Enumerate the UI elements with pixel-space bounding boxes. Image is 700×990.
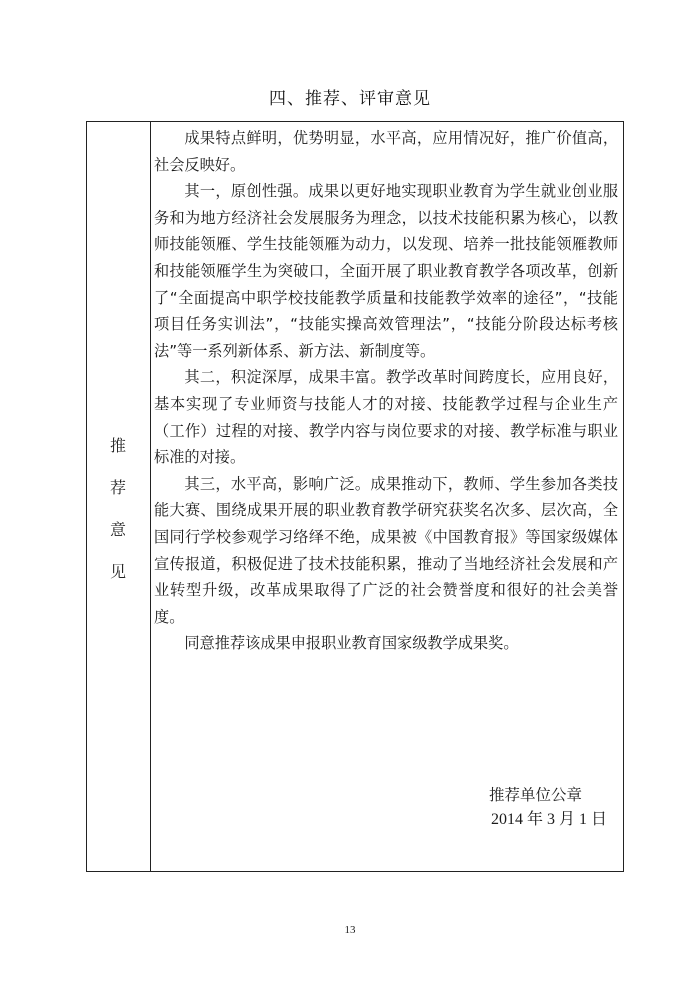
label-char: 意 (87, 517, 149, 540)
opinion-paragraph-influence: 其三，水平高，影响广泛。成果推动下，教师、学生参加各类技能大赛、围绕成果开展的职… (154, 471, 618, 631)
label-char: 推 (87, 433, 149, 456)
opinion-paragraph-accumulation: 其二，积淀深厚，成果丰富。教学改革时间跨度长，应用良好，基本实现了专业师资与技能… (154, 364, 618, 470)
opinion-text: 成果特点鲜明，优势明显，水平高，应用情况好，推广价值高，社会反映好。 其一，原创… (154, 125, 618, 657)
opinion-paragraph-summary: 成果特点鲜明，优势明显，水平高，应用情况好，推广价值高，社会反映好。 (154, 125, 618, 178)
label-column: 推 荐 意 见 (87, 122, 151, 871)
signature-date: 2014 年 3 月 1 日 (491, 806, 607, 829)
opinion-paragraph-originality: 其一，原创性强。成果以更好地实现职业教育为学生就业创业服务和为地方经济社会发展服… (154, 178, 618, 364)
recommendation-table: 推 荐 意 见 成果特点鲜明，优势明显，水平高，应用情况好，推广价值高，社会反映… (86, 121, 624, 872)
page-number: 13 (0, 924, 700, 936)
label-char: 见 (87, 559, 149, 582)
opinion-paragraph-conclusion: 同意推荐该成果申报职业教育国家级教学成果奖。 (154, 630, 618, 657)
seal-label: 推荐单位公章 (489, 783, 582, 805)
opinion-content: 成果特点鲜明，优势明显，水平高，应用情况好，推广价值高，社会反映好。 其一，原创… (151, 122, 623, 871)
label-char: 荐 (87, 475, 149, 498)
section-title: 四、推荐、评审意见 (0, 84, 700, 109)
